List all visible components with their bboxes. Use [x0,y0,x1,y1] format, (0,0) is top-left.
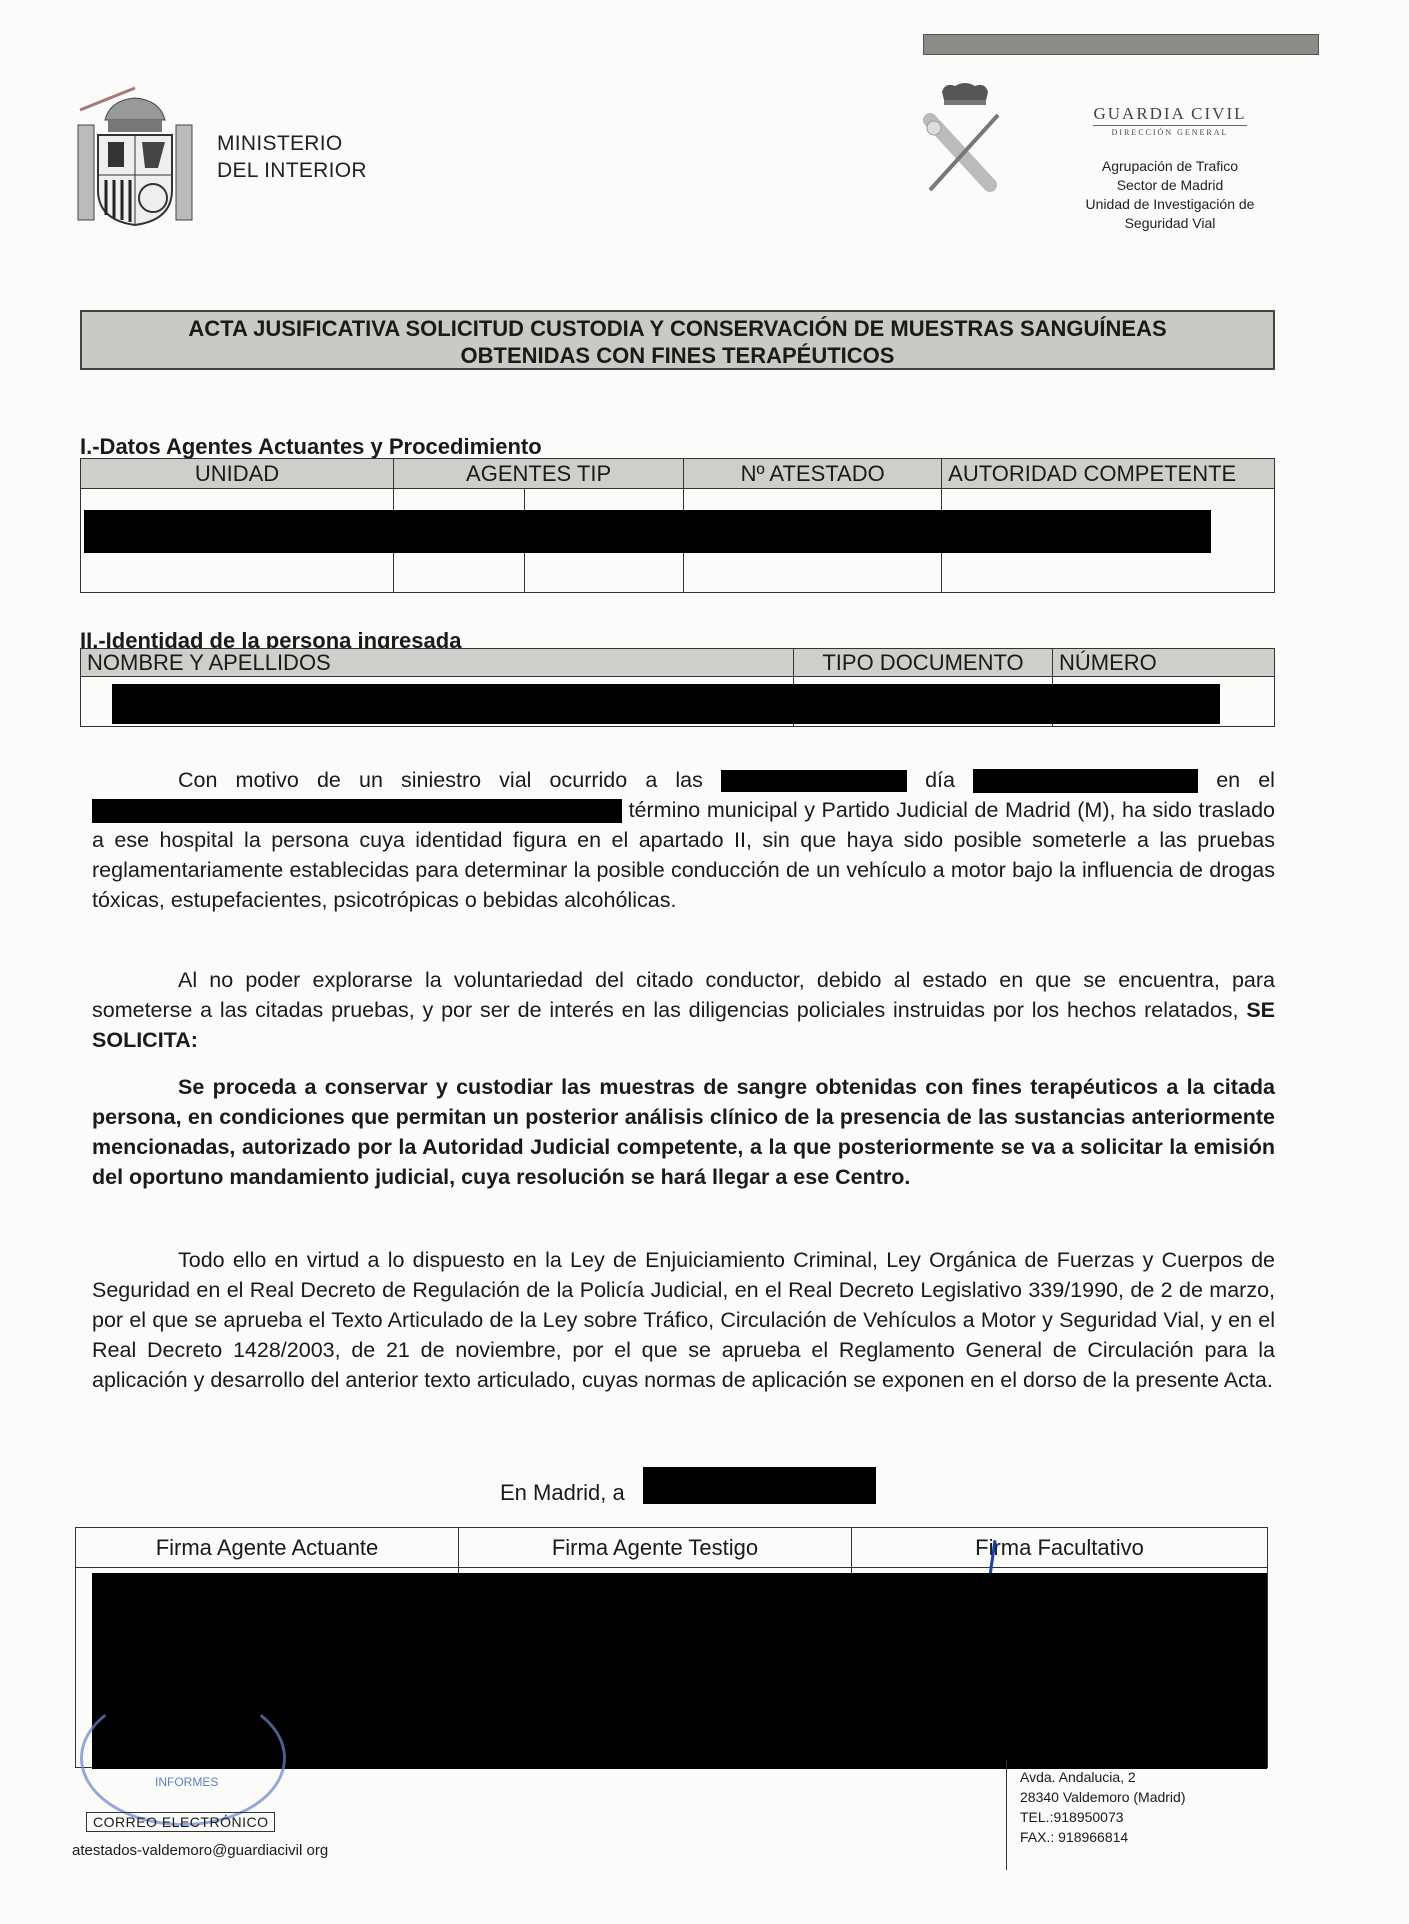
title-line: OBTENIDAS CON FINES TERAPÉUTICOS [82,342,1273,369]
paragraph-request: Se proceda a conservar y custodiar las m… [92,1072,1275,1192]
header-autoridad: AUTORIDAD COMPETENTE [942,459,1275,489]
unit-line: Unidad de Investigación de [1040,195,1300,214]
guardia-civil-title: GUARDIA CIVIL [1093,104,1246,126]
text: Todo ello en virtud a lo dispuesto en la… [92,1248,1275,1392]
fax: FAX.: 918966814 [1020,1827,1186,1847]
paragraph-request-reason: Al no poder explorarse la voluntariedad … [92,965,1275,1055]
section1-title: I.-Datos Agentes Actuantes y Procedimien… [80,434,542,460]
text: Se proceda a conservar y custodiar las m… [92,1075,1275,1189]
header-bar [923,34,1319,55]
text: en el [1216,768,1275,792]
address-line: Avda. Andalucia, 2 [1020,1767,1186,1787]
redaction-date [973,769,1198,793]
header-firma-agente-testigo: Firma Agente Testigo [459,1528,852,1568]
unit-line: Agrupación de Trafico [1040,157,1300,176]
text: Con motivo de un siniestro vial ocurrido… [178,768,703,792]
document-title: ACTA JUSIFICATIVA SOLICITUD CUSTODIA Y C… [80,310,1275,370]
title-line: ACTA JUSIFICATIVA SOLICITUD CUSTODIA Y C… [82,315,1273,342]
header-tipo-documento: TIPO DOCUMENTO [794,649,1053,677]
header-firma-facultativo: Firma Facultativo [852,1528,1268,1568]
redaction-time [721,770,907,792]
phone: TEL.:918950073 [1020,1807,1186,1827]
header-nombre: NOMBRE Y APELLIDOS [81,649,794,677]
header-agentes-tip: AGENTES TIP [394,459,684,489]
email-address[interactable]: atestados-valdemoro@guardiacivil org [72,1842,328,1859]
redaction-location [92,799,622,823]
text: Al no poder explorarse la voluntariedad … [92,968,1275,1022]
redaction-agents-row [84,510,1211,553]
official-stamp-icon [80,1690,286,1826]
unit-lines: Agrupación de Trafico Sector de Madrid U… [1040,157,1300,233]
address-block: Avda. Andalucia, 2 28340 Valdemoro (Madr… [1020,1767,1186,1847]
guardia-civil-subtitle: DIRECCIÓN GENERAL [1040,128,1300,137]
paragraph-incident: Con motivo de un siniestro vial ocurrido… [92,765,1275,915]
correo-label: CORREO ELECTRÓNICO [86,1812,275,1832]
guardia-civil-emblem-icon [920,80,1010,195]
paragraph-legal-basis: Todo ello en virtud a lo dispuesto en la… [92,1245,1275,1395]
divider [1006,1760,1007,1870]
ministry-name: MINISTERIO DEL INTERIOR [217,130,367,184]
stamp-text: INFORMES [155,1775,218,1789]
place-date-label: En Madrid, a [500,1480,625,1505]
header-atestado: Nº ATESTADO [684,459,942,489]
unit-line: Seguridad Vial [1040,214,1300,233]
header-unidad: UNIDAD [81,459,394,489]
spain-coat-of-arms-icon [70,80,200,230]
guardia-civil-header: GUARDIA CIVIL DIRECCIÓN GENERAL Agrupaci… [1040,104,1300,233]
place-date: En Madrid, a [500,1480,625,1506]
unit-line: Sector de Madrid [1040,176,1300,195]
address-line: 28340 Valdemoro (Madrid) [1020,1787,1186,1807]
ministry-line: DEL INTERIOR [217,157,367,184]
text: día [925,768,955,792]
redaction-identity-row [112,684,1220,724]
header-firma-agente-actuante: Firma Agente Actuante [76,1528,459,1568]
header-numero: NÚMERO [1053,649,1275,677]
redaction-date-signature [643,1467,876,1504]
ministry-line: MINISTERIO [217,130,367,157]
